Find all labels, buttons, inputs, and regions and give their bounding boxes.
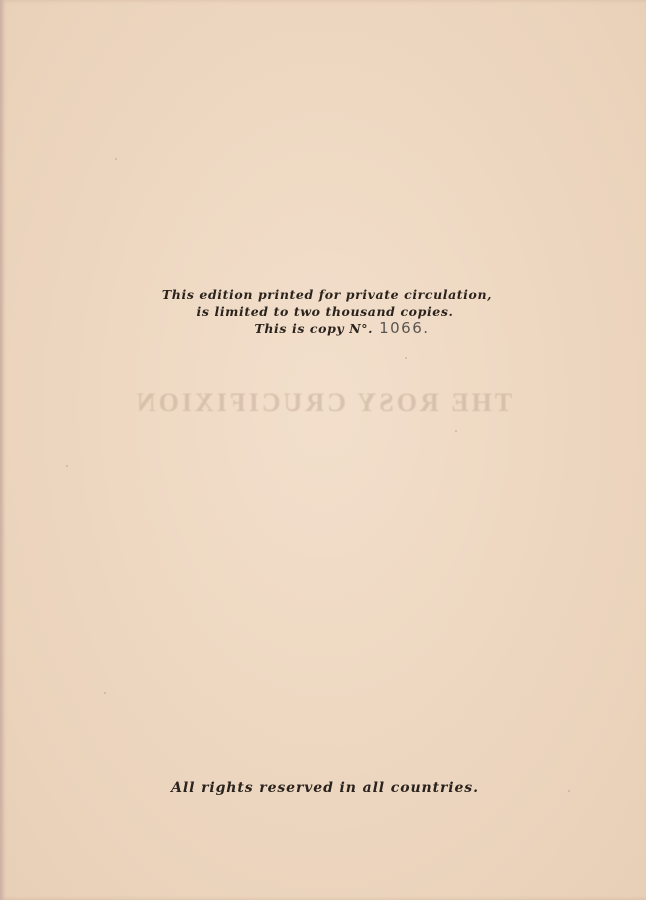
paper-speck [455, 430, 457, 432]
handwritten-copy-number: 1066. [379, 319, 429, 337]
copy-label: This is copy N°. [254, 321, 373, 336]
paper-speck [405, 357, 407, 359]
paper-speck [104, 692, 106, 694]
rights-notice: All rights reserved in all countries. [0, 780, 646, 796]
bleed-through-title: THE ROSY CRUCIFIXION [0, 388, 646, 418]
paper-speck [115, 158, 117, 160]
paper-speck [568, 790, 570, 792]
edition-notice-line-3: This is copy N°.1066. [0, 320, 646, 337]
edition-notice-line-2: is limited to two thousand copies. [0, 303, 646, 320]
paper-speck [66, 465, 68, 467]
book-page: This edition printed for private circula… [0, 0, 646, 900]
edition-notice-line-1: This edition printed for private circula… [0, 286, 646, 303]
limited-edition-notice: This edition printed for private circula… [0, 286, 646, 337]
